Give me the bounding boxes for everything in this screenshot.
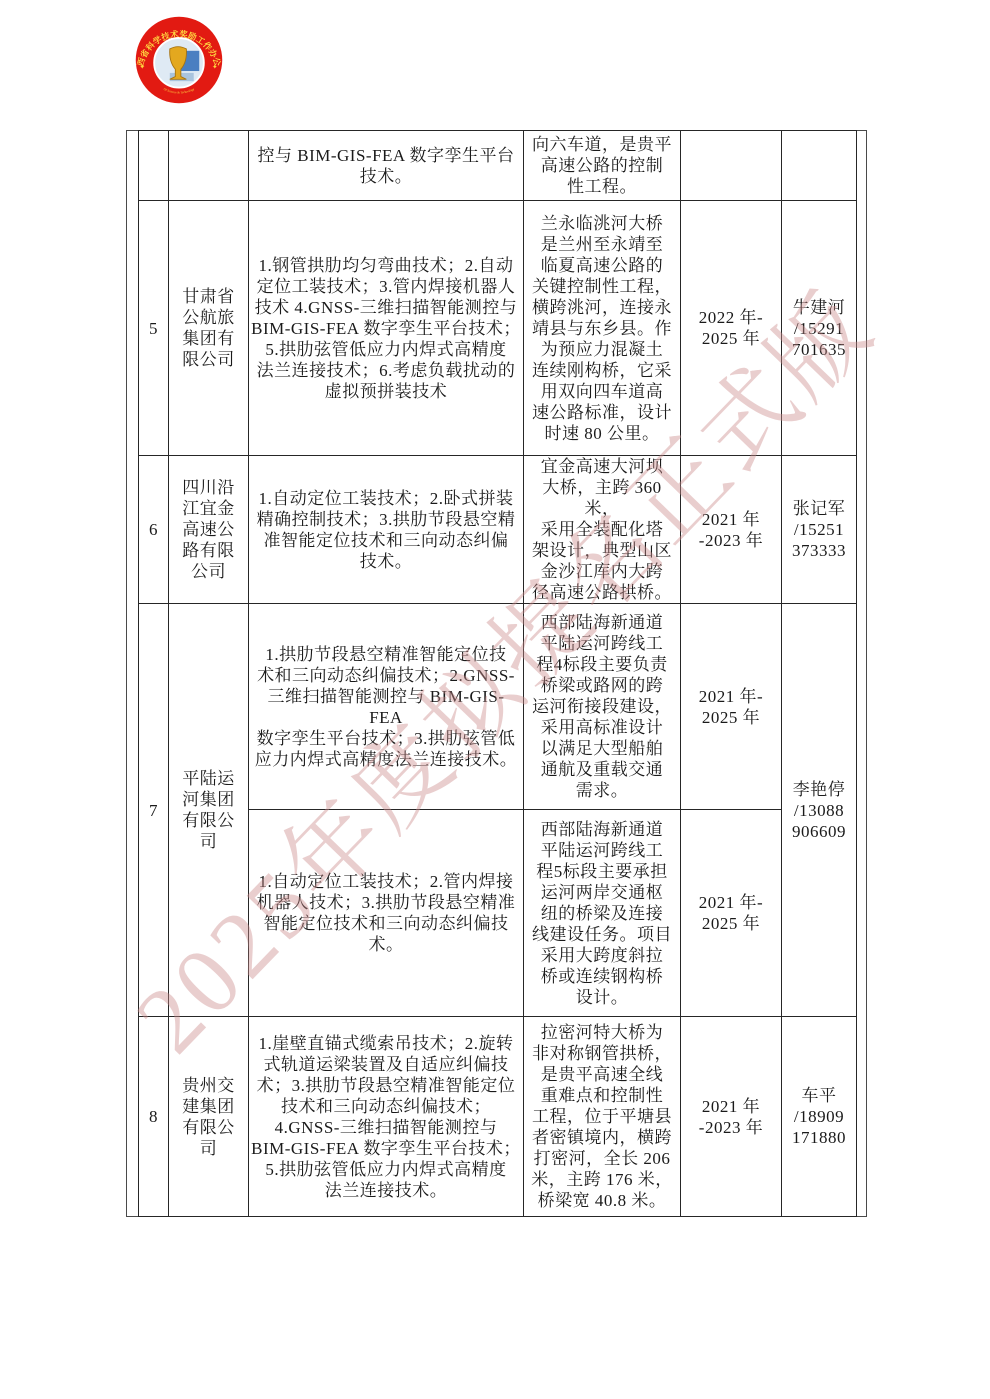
cell-technologies: 1.自动定位工装技术；2.管内焊接 机器人技术；3.拱肋节段悬空精准 智能定位技… (249, 810, 524, 1017)
cell-project-years: 2021 年- 2025 年 (681, 604, 782, 810)
cell-project-years: 2021 年- 2025 年 (681, 810, 782, 1017)
cell-technologies: 1.崖壁直锚式缆索吊技术；2.旋转 式轨道运梁装置及自适应纠偏技 术；3.拱肋节… (249, 1017, 524, 1217)
cell-tech-continued: 控与 BIM-GIS-FEA 数字孪生平台 技术。 (249, 131, 524, 201)
cell-empty (782, 131, 857, 201)
nomination-projects-table: 控与 BIM-GIS-FEA 数字孪生平台 技术。 向六车道，是贵平 高速公路的… (138, 130, 857, 1217)
cell-project-years: 2022 年- 2025 年 (681, 201, 782, 456)
cell-contact-info: 李艳停 /13088 906609 (782, 604, 857, 1017)
cell-contact-info: 车平 /18909 171880 (782, 1017, 857, 1217)
cell-row-number: 6 (139, 456, 169, 604)
star-icon: ✦ (212, 64, 217, 71)
cell-company-name: 甘肃省 公航旅 集团有 限公司 (169, 201, 249, 456)
cell-company-name: 贵州交 建集团 有限公 司 (169, 1017, 249, 1217)
cell-project-years: 2021 年 -2023 年 (681, 1017, 782, 1217)
cell-row-number: 5 (139, 201, 169, 456)
table-row: 8 贵州交 建集团 有限公 司 1.崖壁直锚式缆索吊技术；2.旋转 式轨道运梁装… (139, 1017, 857, 1217)
star-icon: ✦ (139, 64, 144, 71)
agency-seal-logo: 陕西省科学技术奖励工作办公室 Of Science & Technology ✦… (133, 13, 225, 107)
cell-empty (169, 131, 249, 201)
table-row: 7 平陆运 河集团 有限公 司 1.拱肋节段悬空精准智能定位技 术和三向动态纠偏… (139, 604, 857, 810)
cell-technologies: 1.钢管拱肋均匀弯曲技术；2.自动 定位工装技术；3.管内焊接机器人 技术 4.… (249, 201, 524, 456)
cell-contact-info: 张记军 /15251 373333 (782, 456, 857, 604)
cell-company-name: 平陆运 河集团 有限公 司 (169, 604, 249, 1017)
cell-technologies: 1.自动定位工装技术；2.卧式拼装 精确控制技术；3.拱肋节段悬空精 准智能定位… (249, 456, 524, 604)
cell-company-name: 四川沿 江宜金 高速公 路有限 公司 (169, 456, 249, 604)
cell-project-description: 宜金高速大河坝 大桥，主跨 360 米， 采用全装配化塔 架设计，典型山区 金沙… (524, 456, 681, 604)
cell-project-description: 拉密河特大桥为 非对称钢管拱桥， 是贵平高速全线 重难点和控制性 工程，位于平塘… (524, 1017, 681, 1217)
cell-project-continued: 向六车道，是贵平 高速公路的控制 性工程。 (524, 131, 681, 201)
cell-technologies: 1.拱肋节段悬空精准智能定位技 术和三向动态纠偏技术；2.GNSS- 三维扫描智… (249, 604, 524, 810)
cell-empty (139, 131, 169, 201)
table-row: 5 甘肃省 公航旅 集团有 限公司 1.钢管拱肋均匀弯曲技术；2.自动 定位工装… (139, 201, 857, 456)
cell-row-number: 7 (139, 604, 169, 1017)
cell-project-years: 2021 年 -2023 年 (681, 456, 782, 604)
table-row: 6 四川沿 江宜金 高速公 路有限 公司 1.自动定位工装技术；2.卧式拼装 精… (139, 456, 857, 604)
table-row-partial: 控与 BIM-GIS-FEA 数字孪生平台 技术。 向六车道，是贵平 高速公路的… (139, 131, 857, 201)
cell-row-number: 8 (139, 1017, 169, 1217)
cell-contact-info: 牛建河 /15291 701635 (782, 201, 857, 456)
cell-project-description: 西部陆海新通道 平陆运河跨线工 程4标段主要负责 桥梁或路网的跨 运河衔接段建设… (524, 604, 681, 810)
cell-empty (681, 131, 782, 201)
cell-project-description: 兰永临洮河大桥 是兰州至永靖至 临夏高速公路的 关键控制性工程， 横跨洮河，连接… (524, 201, 681, 456)
cell-project-description: 西部陆海新通道 平陆运河跨线工 程5标段主要承担 运河两岸交通枢 纽的桥梁及连接… (524, 810, 681, 1017)
